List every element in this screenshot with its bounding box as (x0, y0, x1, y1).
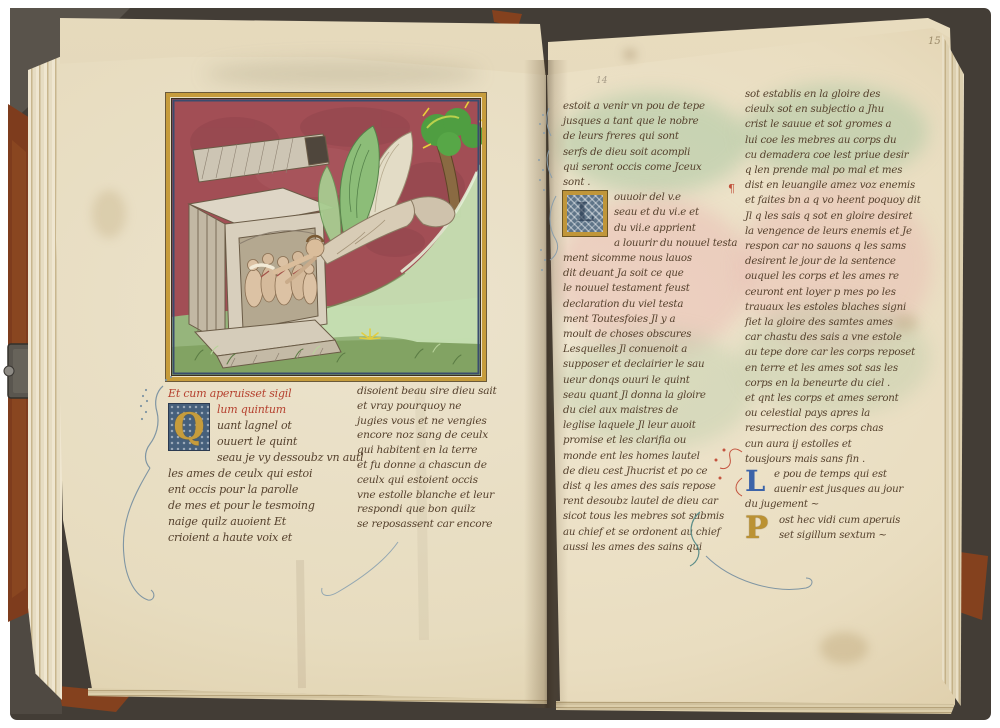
text-line: et qnt les corps et ames seront (745, 391, 926, 406)
rubric-line: Et cum aperuisset sigil (168, 386, 352, 402)
text-line: au chief et se ordonent au chief (563, 525, 744, 540)
text-line: dit deuant Ja soit ce que (563, 266, 744, 281)
body-text-lines: estoit a venir vn pou de tepejusques a t… (563, 99, 744, 190)
text-line: lui coe les mebres au corps du (745, 133, 926, 148)
text-line: et vray pourquoy ne (357, 399, 537, 414)
text-line: monde ent les homes lautel (563, 449, 744, 464)
text-line: du ciel aux maistres de (563, 403, 744, 418)
text-line: Jl q les sais q sot en gloire desiret (745, 209, 926, 224)
text-line: supposer et declairier le sau (563, 357, 744, 372)
text-line: naige quilz auoient Et (168, 514, 352, 530)
text-line: tousjours mais sans fin . (745, 452, 926, 467)
text-line: jugies vous et ne vengies (357, 414, 537, 429)
right-text-column-1: estoit a venir vn pou de tepejusques a t… (563, 99, 744, 555)
text-line: ou celestial pays apres la (745, 406, 926, 421)
text-line: moult de choses obscures (563, 327, 744, 342)
text-line: auenir est jusques au jour (745, 482, 926, 497)
text-line: sicot tous les mebres sot submis (563, 509, 744, 524)
text-line: cun aura ij estolles et (745, 437, 926, 452)
text-line: e pou de temps qui est (745, 467, 926, 482)
text-line: et fu donne a chascun de (357, 458, 537, 473)
text-line: encore noz sang de ceulx (357, 428, 537, 443)
illuminated-initial-Q: Q (168, 403, 210, 451)
text-line: promise et les clarifia ou (563, 433, 744, 448)
text-line: estoit a venir vn pou de tepe (563, 99, 744, 114)
text-line: sot establis en la gloire des (745, 87, 926, 102)
text-line: sont . (563, 175, 744, 190)
text-line: ceulx qui estoient occis (357, 473, 537, 488)
text-line: cu demadera coe lest priue desir (745, 148, 926, 163)
text-line: rent desoubz lautel de dieu car (563, 494, 744, 509)
text-line: Lesquelles Jl conuenoit a (563, 342, 744, 357)
text-line: respon car no sauons q les sams (745, 239, 926, 254)
text-line: crioient a haute voix et (168, 530, 352, 546)
text-line: crist le sauue et sot gromes a (745, 117, 926, 132)
left-text-column-2: disoient beau sire dieu saitet vray pour… (357, 384, 537, 532)
paragraph-louvrir: L ouuoir del v.eseau et du vi.e etdu vii… (563, 190, 744, 555)
text-line: resurrection des corps chas (745, 421, 926, 436)
illuminated-initial-P-gold: P (745, 513, 775, 545)
text-line: fiet la gloire des samtes ames (745, 315, 926, 330)
text-line: se reposassent car encore (357, 517, 537, 532)
text-line: ment sicomme nous lauos (563, 251, 744, 266)
text-line: vne estolle blanche et leur (357, 488, 537, 503)
illuminated-initial-L-gold-panel: L (563, 191, 607, 236)
text-line: disoient beau sire dieu sait (357, 384, 537, 399)
text-line: trauaux les estoles blaches signi (745, 300, 926, 315)
paragraph-quint-seau: Q lum quintum uant lagnel otouuert le qu… (168, 402, 352, 546)
text-line: la vengence de leurs enemis et Je (745, 224, 926, 239)
text-line: du jugement ~ (745, 497, 926, 512)
illuminated-initial-L-blue: L (745, 467, 769, 497)
text-line: desirent le jour de la sentence (745, 254, 926, 269)
right-text-column-2: sot establis en la gloire descieulx sot … (745, 87, 926, 545)
text-line: car chastu des sais a vne estole (745, 330, 926, 345)
text-line: cieulx sot en subjectio a Jhu (745, 102, 926, 117)
text-line: seau quant Jl donna la gloire (563, 388, 744, 403)
text-line: qui seront occis come Jceux (563, 160, 744, 175)
body-text-lines: ouuoir del v.eseau et du vi.e etdu vii.e… (563, 190, 744, 555)
text-line: qui habitent en la terre (357, 443, 537, 458)
folio-number-right: 15 (928, 36, 941, 47)
text-line: seau je vy dessoubz vn autl (168, 450, 352, 466)
manuscript-open-book-photo: Et cum aperuisset sigil Q lum quintum ua… (0, 0, 1000, 728)
text-line: et faites bn a q vo heent poquoy dit (745, 193, 926, 208)
text-line: au tepe dore car les corps reposet (745, 345, 926, 360)
text-line: a louurir du nouuel testa (563, 236, 744, 251)
red-paraph-mark: ¶ (728, 182, 735, 195)
text-line: ent occis pour la parolle (168, 482, 352, 498)
text-line: en terre et les ames sot sas les (745, 361, 926, 376)
text-line: q len prende mal po mal et mes (745, 163, 926, 178)
paragraph-post-hec: P ost hec vidi cum aperuisset sigillum s… (745, 513, 926, 543)
text-line: ment Toutesfoies Jl y a (563, 312, 744, 327)
text-line: aussi les ames des sains qui (563, 540, 744, 555)
text-line: de leurs freres qui sont (563, 129, 744, 144)
text-line: de mes et pour le tesmoing (168, 498, 352, 514)
body-text-lines: e pou de temps qui estauenir est jusques… (745, 467, 926, 513)
text-line: les ames de ceulx qui estoi (168, 466, 352, 482)
text-line: ueur donqs ouuri le quint (563, 373, 744, 388)
miniature-fifth-seal (165, 92, 487, 382)
text-line: jusques a tant que le nobre (563, 114, 744, 129)
text-line: dist en leuangile amez voz enemis (745, 178, 926, 193)
text-line: dist q les ames des sais repose (563, 479, 744, 494)
text-line: declaration du viel testa (563, 297, 744, 312)
left-text-column-1: Et cum aperuisset sigil Q lum quintum ua… (168, 386, 352, 546)
text-line: serfs de dieu soit acompli (563, 145, 744, 160)
text-line: corps en la beneurte du ciel . (745, 376, 926, 391)
text-line: ceuront ent loyer p mes po les (745, 285, 926, 300)
text-line: ouquel les corps et les ames re (745, 269, 926, 284)
body-text-lines: sot establis en la gloire descieulx sot … (745, 87, 926, 467)
folio-number-left: 14 (596, 76, 607, 86)
page-stack-fore-edge-right (942, 34, 964, 706)
paragraph-pou-de-temps: L e pou de temps qui estauenir est jusqu… (745, 467, 926, 513)
text-line: le nouuel testament feust (563, 281, 744, 296)
text-line: respondi que bon quilz (357, 502, 537, 517)
text-line: leglise laquele Jl leur auoit (563, 418, 744, 433)
text-line: de dieu cest Jhucrist et po ce (563, 464, 744, 479)
body-text-lines: disoient beau sire dieu saitet vray pour… (357, 384, 537, 532)
